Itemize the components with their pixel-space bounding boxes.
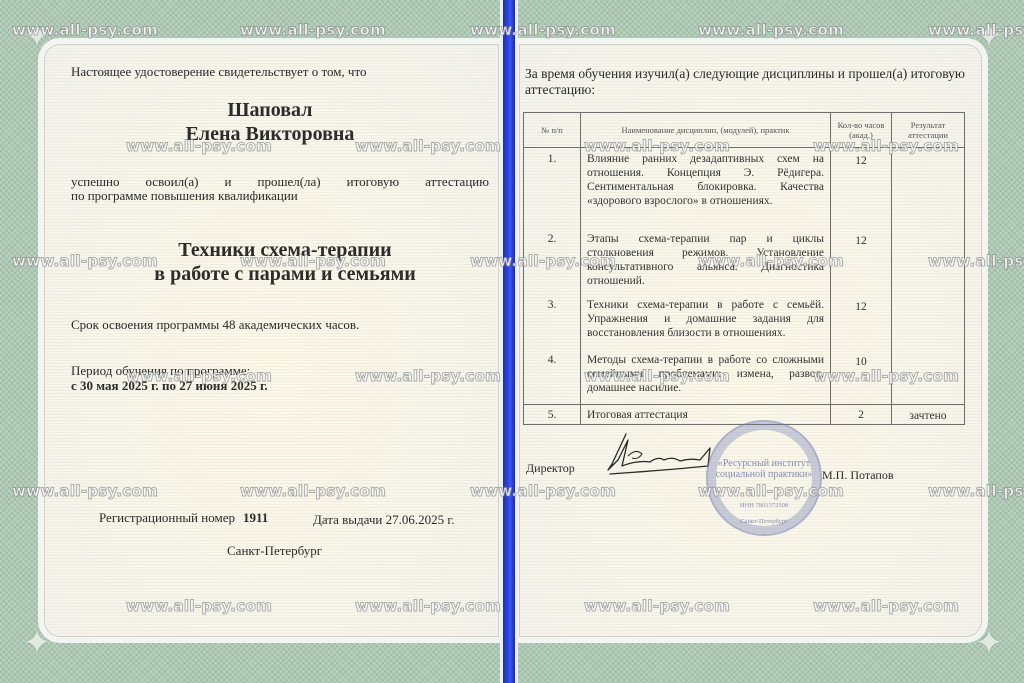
completion-word: аттестацию bbox=[425, 174, 489, 190]
header-hours: Кол-во часов (акад.) bbox=[831, 113, 892, 148]
corner-ornament-icon: ✦ bbox=[20, 20, 54, 54]
row-discipline: Влияние ранних дезадаптивных схем на отн… bbox=[581, 148, 831, 228]
study-period-value: с 30 мая 2025 г. по 27 июня 2025 г. bbox=[71, 378, 268, 394]
program-duration: Срок освоения программы 48 академических… bbox=[71, 317, 359, 333]
table-row: 1. Влияние ранних дезадаптивных схем на … bbox=[524, 148, 965, 228]
corner-ornament-icon: ✦ bbox=[972, 20, 1006, 54]
row-hours: 12 bbox=[831, 228, 892, 294]
binding-ribbon bbox=[503, 0, 515, 683]
row-result bbox=[892, 228, 965, 294]
table-row-final: 5. Итоговая аттестация 2 зачтено bbox=[524, 405, 965, 425]
completion-word: итоговую bbox=[347, 174, 399, 190]
issue-city: Санкт-Петербург bbox=[227, 543, 322, 559]
study-period-label: Период обучения по программе: bbox=[71, 363, 250, 379]
row-discipline: Итоговая аттестация bbox=[581, 405, 831, 425]
row-num: 5. bbox=[524, 405, 581, 425]
row-num: 4. bbox=[524, 349, 581, 405]
table-row: 3. Техники схема-терапии в работе с семь… bbox=[524, 294, 965, 349]
completion-line-2: по программе повышения квалификации bbox=[71, 188, 298, 204]
row-discipline: Этапы схема-терапии пар и циклы столкнов… bbox=[581, 228, 831, 294]
row-num: 1. bbox=[524, 148, 581, 228]
row-result bbox=[892, 294, 965, 349]
director-name: М.П. Потапов bbox=[822, 467, 894, 483]
table-row: 4. Методы схема-терапии в работе со слож… bbox=[524, 349, 965, 405]
row-discipline: Методы схема-терапии в работе со сложным… bbox=[581, 349, 831, 405]
row-result: зачтено bbox=[892, 405, 965, 425]
disciplines-intro: За время обучения изучил(а) следующие ди… bbox=[525, 66, 965, 98]
disciplines-table: № п/п Наименование дисциплин, (модулей),… bbox=[523, 112, 965, 425]
intro-text: Настоящее удостоверение свидетельствует … bbox=[71, 64, 366, 80]
corner-ornament-icon: ✦ bbox=[20, 627, 54, 661]
row-hours: 2 bbox=[831, 405, 892, 425]
row-num: 3. bbox=[524, 294, 581, 349]
row-hours: 12 bbox=[831, 148, 892, 228]
stamp-inn: ИНН 7801372508 bbox=[708, 502, 820, 509]
table-row: 2. Этапы схема-терапии пар и циклы столк… bbox=[524, 228, 965, 294]
corner-ornament-icon: ✦ bbox=[972, 627, 1006, 661]
official-stamp: «Ресурсный институт социальной практики»… bbox=[706, 420, 822, 536]
row-result bbox=[892, 148, 965, 228]
program-title-line-2: в работе с парами и семьями bbox=[80, 262, 490, 286]
holder-surname: Шаповал bbox=[100, 98, 440, 123]
program-title-line-1: Техники схема-терапии bbox=[80, 238, 490, 262]
header-num: № п/п bbox=[524, 113, 581, 148]
row-hours: 10 bbox=[831, 349, 892, 405]
header-result: Результат аттестации bbox=[892, 113, 965, 148]
issue-date: Дата выдачи 27.06.2025 г. bbox=[313, 512, 455, 528]
holder-given-names: Елена Викторовна bbox=[100, 122, 440, 147]
row-num: 2. bbox=[524, 228, 581, 294]
row-discipline: Техники схема-терапии в работе с семьёй.… bbox=[581, 294, 831, 349]
registration-number: 1911 bbox=[243, 510, 268, 526]
header-name: Наименование дисциплин, (модулей), практ… bbox=[581, 113, 831, 148]
stamp-org-name: «Ресурсный институт социальной практики» bbox=[708, 458, 820, 480]
row-hours: 12 bbox=[831, 294, 892, 349]
director-label: Директор bbox=[526, 460, 575, 476]
registration-label: Регистрационный номер bbox=[99, 510, 235, 526]
row-result bbox=[892, 349, 965, 405]
stamp-city: Санкт-Петербург bbox=[708, 518, 820, 525]
table-header-row: № п/п Наименование дисциплин, (модулей),… bbox=[524, 113, 965, 148]
